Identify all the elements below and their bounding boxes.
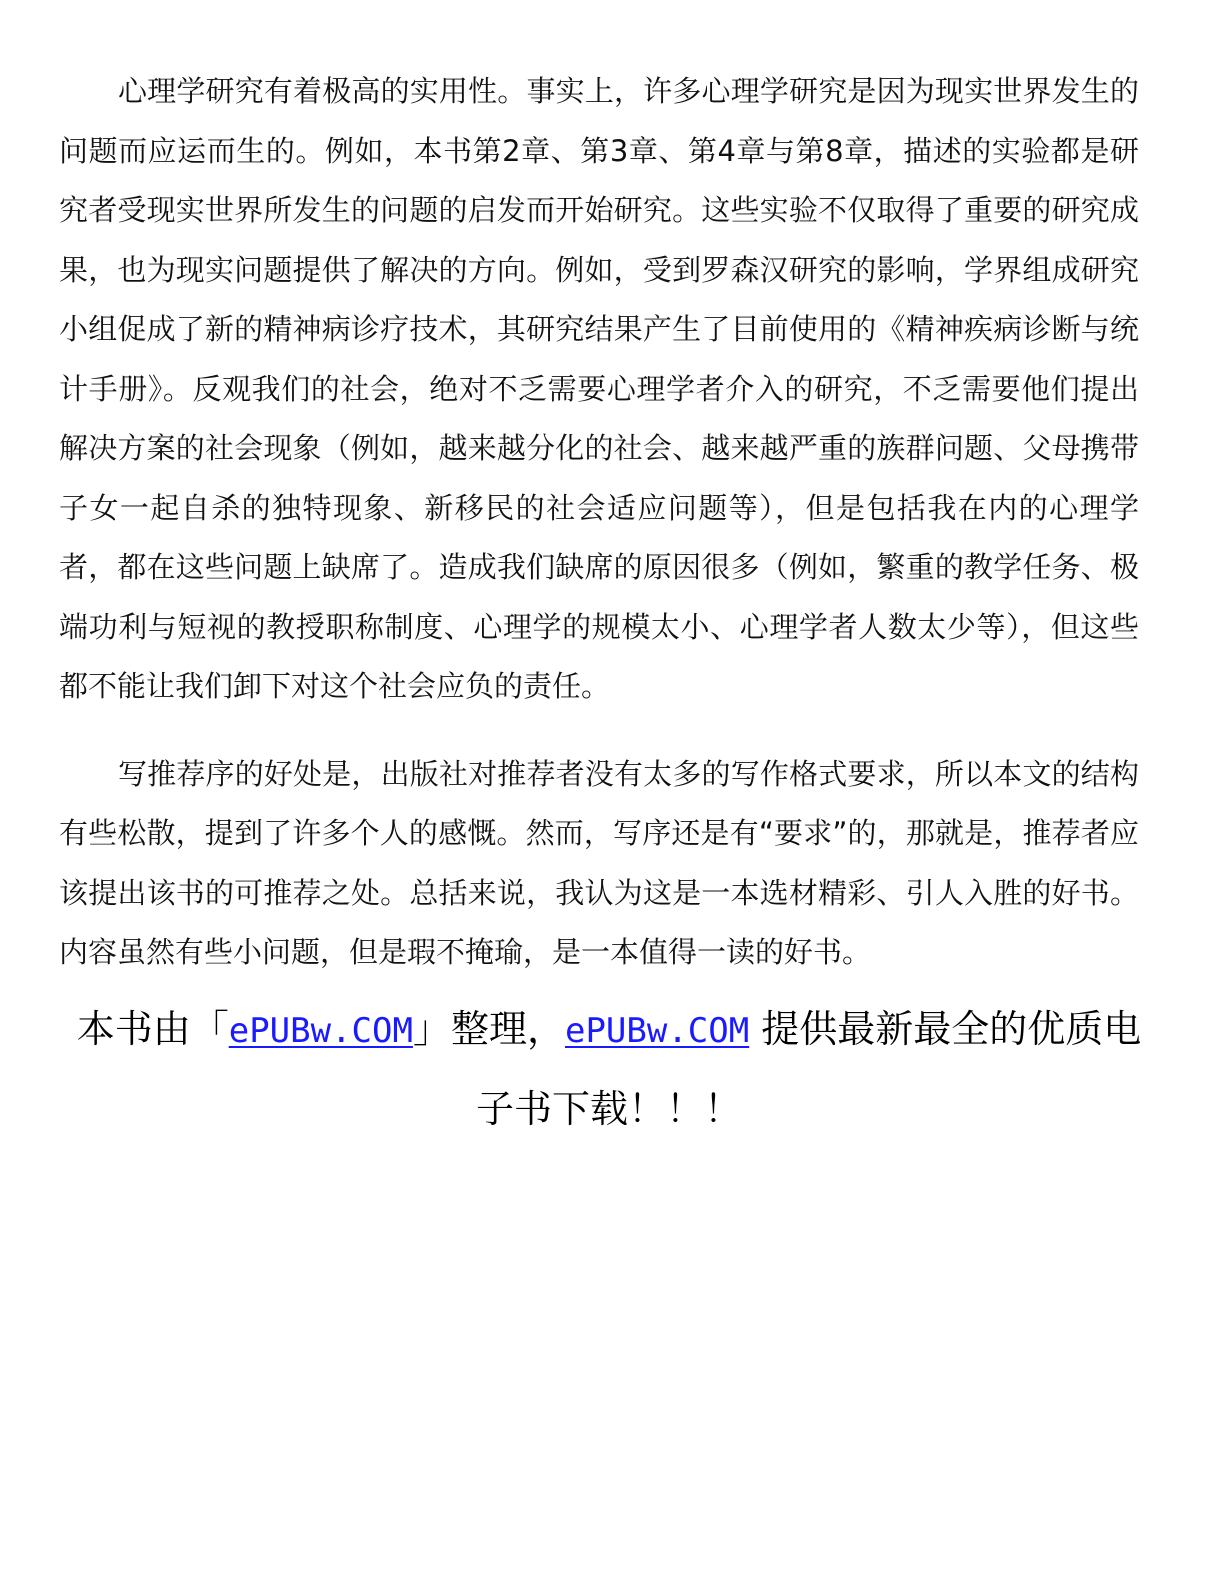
download-source-note: 本书由「ePUBw.COM」整理，ePUBw.COM 提供最新最全的优质电子书下… (59, 990, 1159, 1148)
footer-prefix: 本书由「 (77, 1007, 229, 1051)
document-body: 心理学研究有着极高的实用性。事实上，许多心理学研究是因为现实世界发生的问题而应运… (59, 62, 1139, 983)
epubw-link-2[interactable]: ePUBw.COM (565, 1011, 749, 1051)
footer-middle: 」整理， (413, 1007, 565, 1051)
epubw-link-1[interactable]: ePUBw.COM (229, 1011, 413, 1051)
paragraph-practicality: 心理学研究有着极高的实用性。事实上，许多心理学研究是因为现实世界发生的问题而应运… (59, 62, 1139, 717)
paragraph-preface-summary: 写推荐序的好处是，出版社对推荐者没有太多的写作格式要求，所以本文的结构有些松散，… (59, 745, 1139, 983)
